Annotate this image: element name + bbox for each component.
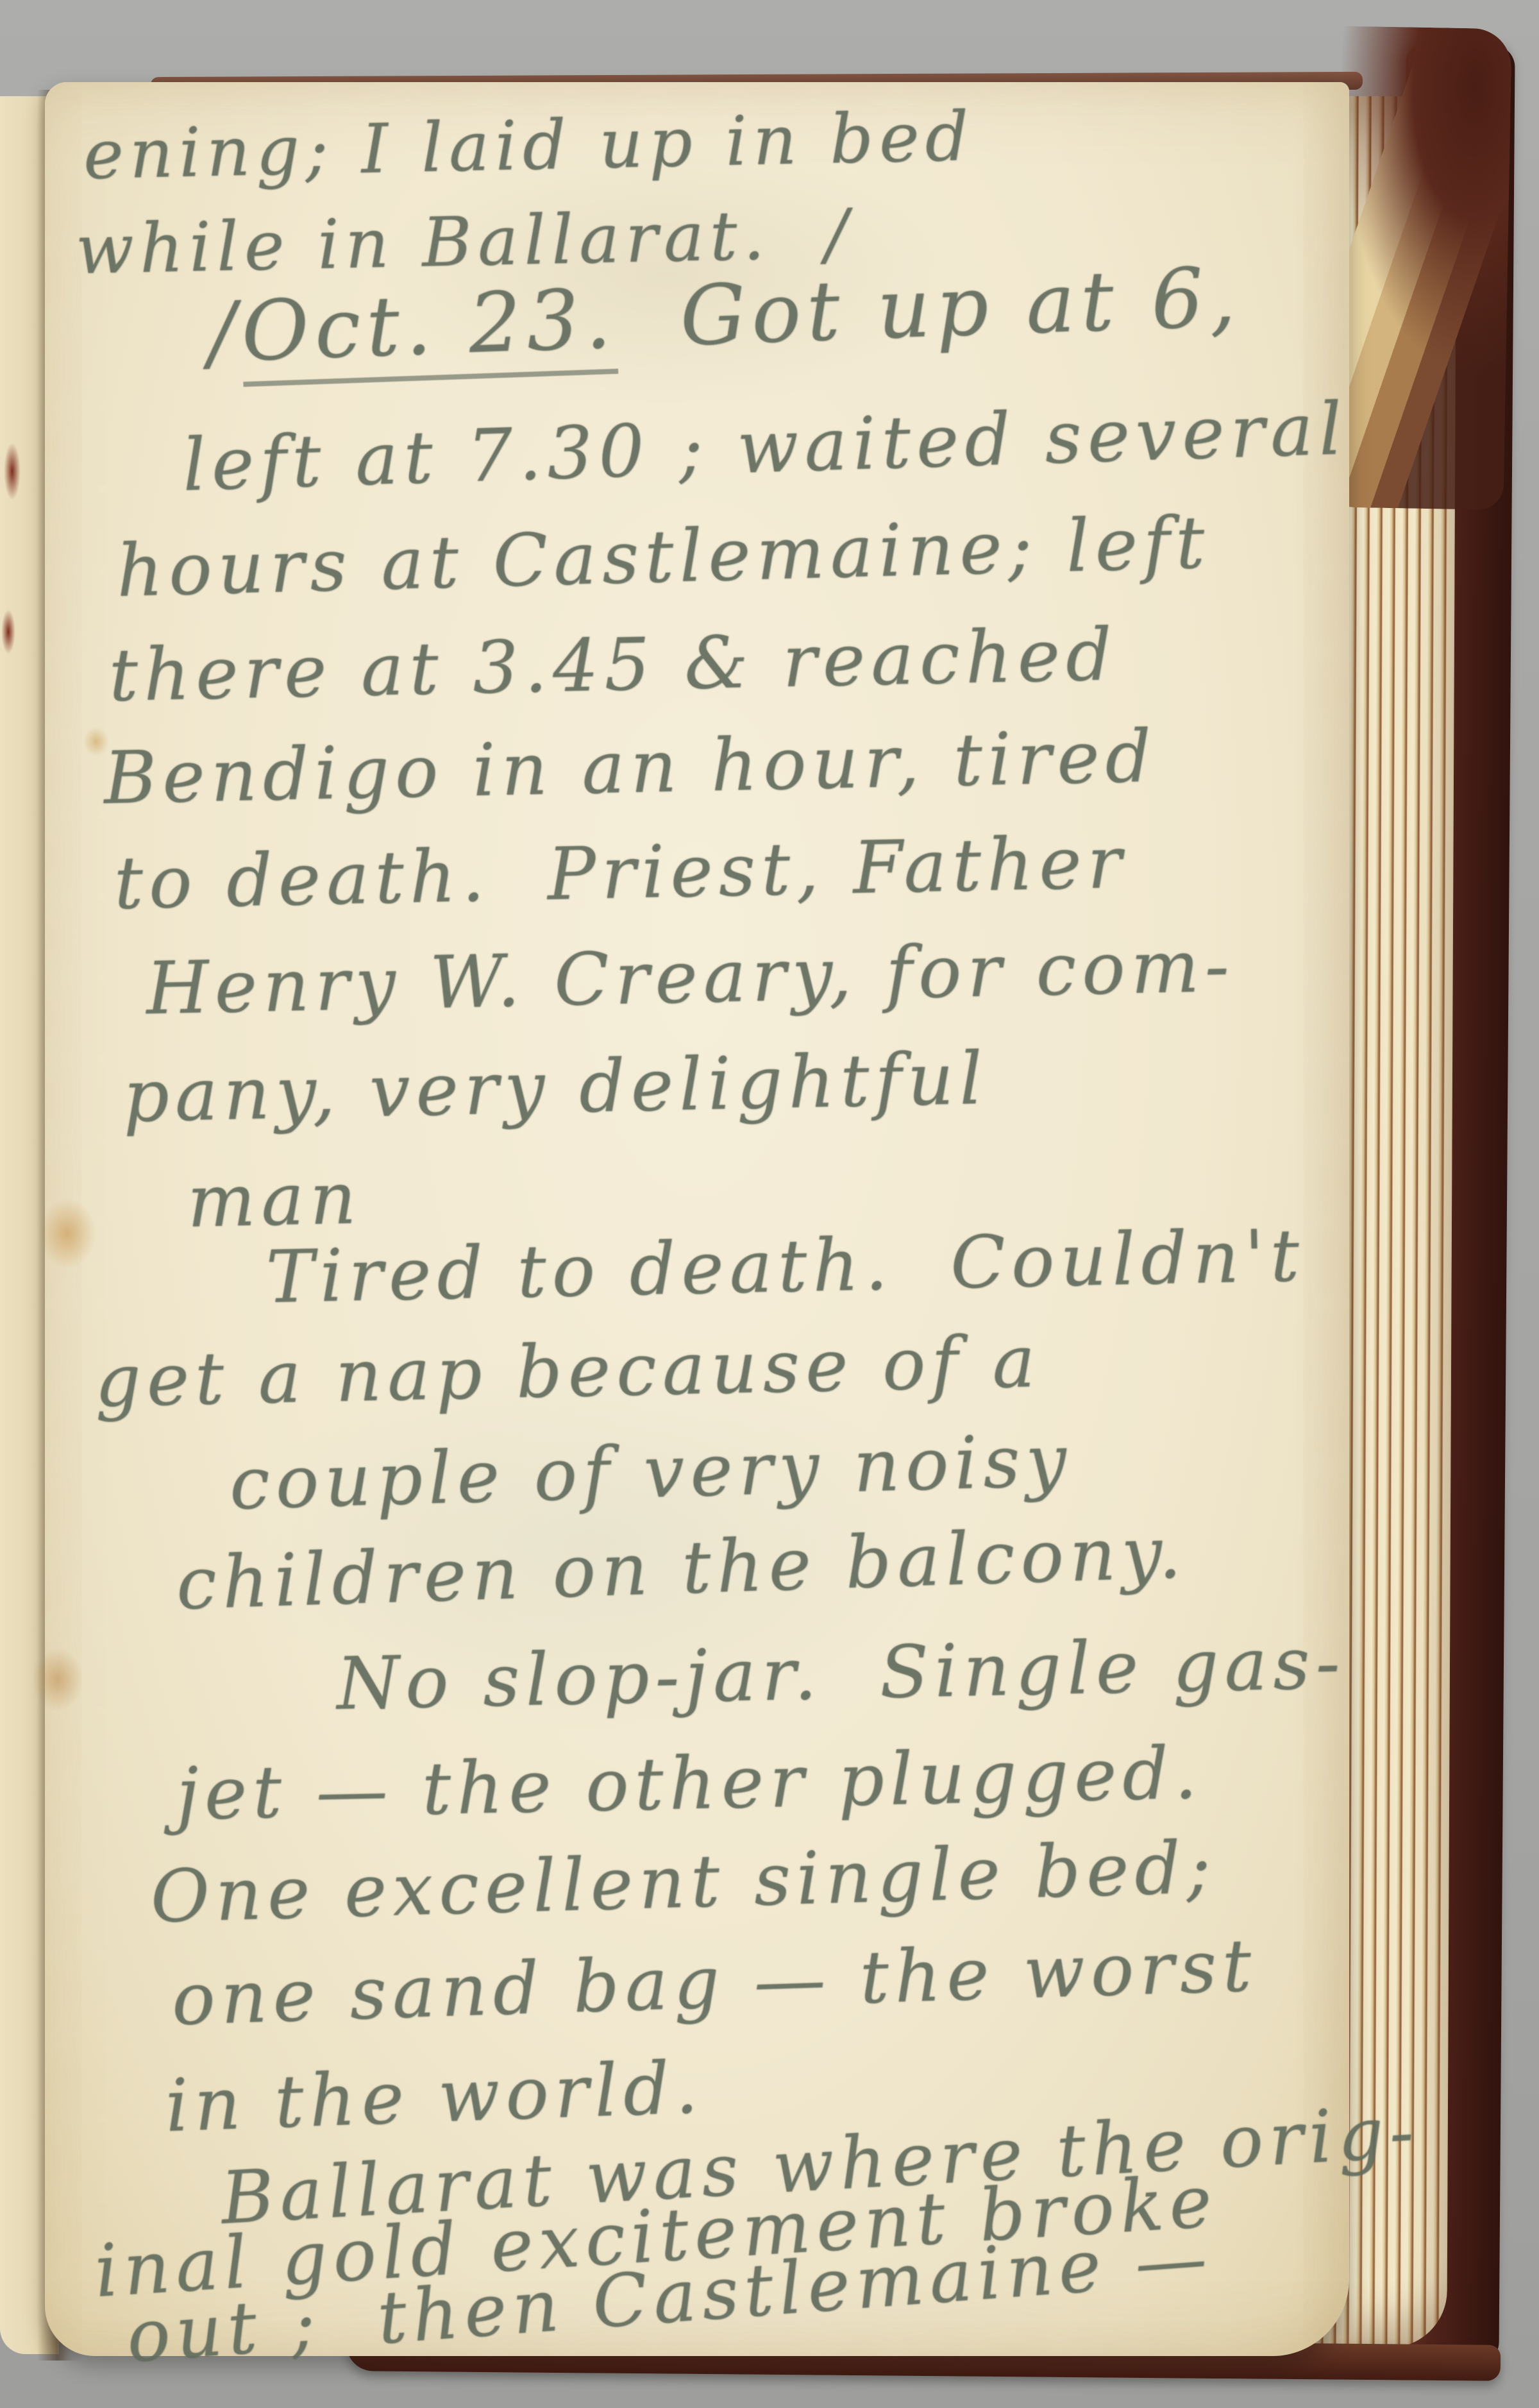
photo-background: ening; I laid up in bed while in Ballara… bbox=[0, 0, 1539, 2408]
handwritten-line: left at 7.30 ; waited several bbox=[181, 392, 1349, 504]
handwritten-line: pany, very delightful bbox=[122, 1042, 989, 1135]
handwritten-line: ening; I laid up in bed bbox=[83, 101, 975, 191]
entry-date: Oct. 23. bbox=[240, 276, 618, 387]
foxing-spot bbox=[38, 1198, 96, 1269]
handwritten-line: jet — the other plugged. bbox=[176, 1736, 1204, 1833]
binding-mark bbox=[1, 609, 15, 654]
handwritten-line: get a nap because of a bbox=[94, 1325, 1042, 1420]
date-slash: / bbox=[206, 284, 243, 381]
handwritten-line: One excellent single bed; bbox=[149, 1831, 1217, 1936]
handwritten-line: No slop-jar. Single gas- bbox=[336, 1626, 1347, 1723]
handwritten-line: couple of very noisy bbox=[228, 1423, 1073, 1522]
handwritten-line: in the world. bbox=[164, 2051, 705, 2145]
notebook-page: ening; I laid up in bed while in Ballara… bbox=[45, 82, 1349, 2356]
handwritten-line: man bbox=[187, 1161, 363, 1240]
handwritten-line: one sand bag — the worst bbox=[171, 1929, 1258, 2039]
handwritten-line: there at 3.45 & reached bbox=[108, 618, 1118, 715]
handwritten-line: to death. Priest, Father bbox=[114, 826, 1128, 922]
handwritten-line: Tired to death. Couldn't bbox=[265, 1219, 1306, 1316]
handwritten-line: hours at Castlemaine; left bbox=[115, 505, 1211, 609]
handwritten-line: children on the balcony. bbox=[175, 1516, 1188, 1623]
handwritten-line: Henry W. Creary, for com- bbox=[146, 929, 1236, 1027]
binding-mark bbox=[4, 443, 21, 500]
handwritten-line: Bendigo in an hour, tired bbox=[103, 720, 1158, 817]
